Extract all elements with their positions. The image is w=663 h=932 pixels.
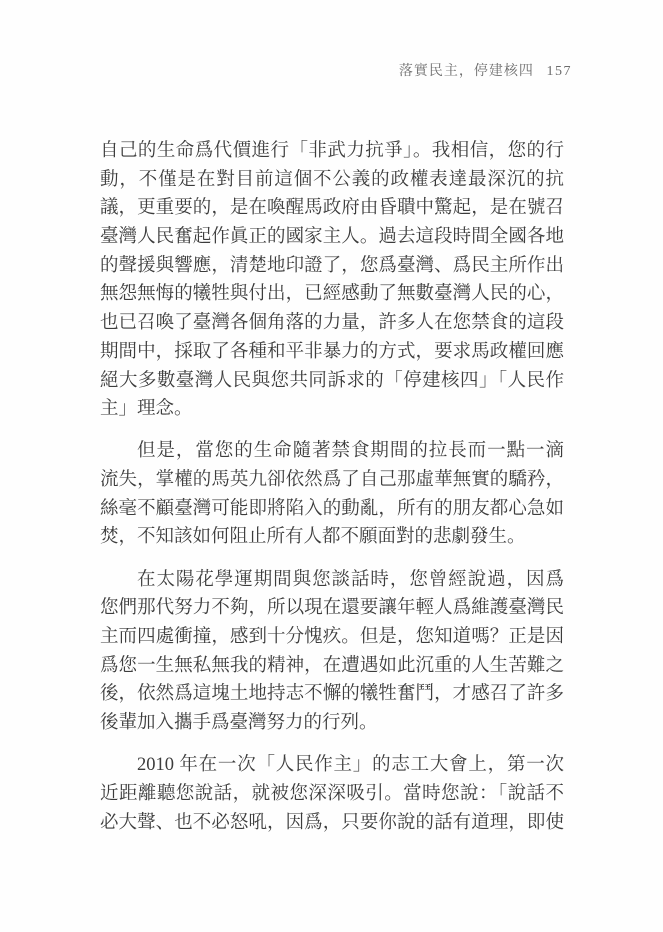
text-line: 爲您一生無私無我的精神，在遭遇如此沉重的人生苦難之 bbox=[100, 652, 564, 681]
paragraph: 2010 年在一次「人民作主」的志工大會上，第一次近距離聽您說話，就被您深深吸引… bbox=[100, 751, 564, 837]
text-line: 近距離聽您說話，就被您深深吸引。當時您說：「說話不 bbox=[100, 780, 564, 809]
text-line: 絲毫不顧臺灣可能即將陷入的動亂，所有的朋友都心急如 bbox=[100, 495, 564, 524]
text-line: 必大聲、也不必怒吼，因爲，只要你說的話有道理，即使 bbox=[100, 809, 564, 838]
text-line: 但是，當您的生命隨著禁食期間的拉長而一點一滴 bbox=[100, 437, 564, 466]
text-line: 在太陽花學運期間與您談話時，您曾經說過，因爲 bbox=[100, 566, 564, 595]
paragraph: 但是，當您的生命隨著禁食期間的拉長而一點一滴流失，掌權的馬英九卻依然爲了自己那虛… bbox=[100, 437, 564, 552]
text-line: 後輩加入攜手爲臺灣努力的行列。 bbox=[100, 709, 564, 738]
text-line: 臺灣人民奮起作眞正的國家主人。過去這段時間全國各地 bbox=[100, 223, 564, 252]
text-line: 絕大多數臺灣人民與您共同訴求的「停建核四」「人民作 bbox=[100, 367, 564, 396]
text-line: 也已召喚了臺灣各個角落的力量，許多人在您禁食的這段 bbox=[100, 309, 564, 338]
paragraph: 自己的生命爲代價進行「非武力抗爭」。我相信，您的行動，不僅是在對目前這個不公義的… bbox=[100, 137, 564, 424]
text-line: 流失，掌權的馬英九卻依然爲了自己那虛華無實的驕矜， bbox=[100, 466, 564, 495]
text-line: 議，更重要的，是在喚醒馬政府由昏聵中驚起，是在號召 bbox=[100, 194, 564, 223]
text-line: 無怨無悔的犧牲與付出，已經感動了無數臺灣人民的心， bbox=[100, 280, 564, 309]
running-header: 落實民主，停建核四157 bbox=[399, 60, 572, 80]
text-line: 您們那代努力不夠，所以現在還要讓年輕人爲維護臺灣民 bbox=[100, 594, 564, 623]
page-number: 157 bbox=[547, 64, 573, 79]
text-line: 動，不僅是在對目前這個不公義的政權表達最深沉的抗 bbox=[100, 166, 564, 195]
chapter-title: 落實民主，停建核四 bbox=[399, 64, 534, 79]
text-line: 主而四處衝撞，感到十分愧疚。但是，您知道嗎？正是因 bbox=[100, 623, 564, 652]
paragraph: 在太陽花學運期間與您談話時，您曾經說過，因爲您們那代努力不夠，所以現在還要讓年輕… bbox=[100, 566, 564, 738]
text-line: 的聲援與響應，清楚地印證了，您爲臺灣、爲民主所作出 bbox=[100, 252, 564, 281]
text-line: 後，依然爲這塊土地持志不懈的犧牲奮鬥，才感召了許多 bbox=[100, 680, 564, 709]
text-line: 焚，不知該如何阻止所有人都不願面對的悲劇發生。 bbox=[100, 523, 564, 552]
text-line: 期間中，採取了各種和平非暴力的方式，要求馬政權回應 bbox=[100, 338, 564, 367]
text-line: 2010 年在一次「人民作主」的志工大會上，第一次 bbox=[100, 751, 564, 780]
text-line: 自己的生命爲代價進行「非武力抗爭」。我相信，您的行 bbox=[100, 137, 564, 166]
page-body: 自己的生命爲代價進行「非武力抗爭」。我相信，您的行動，不僅是在對目前這個不公義的… bbox=[100, 137, 564, 837]
book-page: 落實民主，停建核四157 自己的生命爲代價進行「非武力抗爭」。我相信，您的行動，… bbox=[0, 0, 663, 932]
text-line: 主」理念。 bbox=[100, 395, 564, 424]
